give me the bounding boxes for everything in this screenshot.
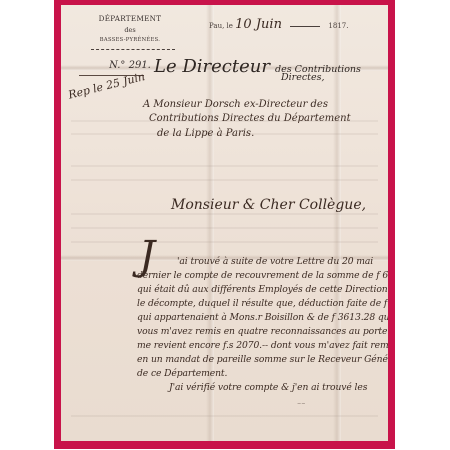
letterhead-region: BASSES-PYRÉNÉES. bbox=[83, 37, 177, 43]
bleed-through-line bbox=[71, 227, 378, 229]
body-line: qui appartenaient à Mons.r Boisillon & d… bbox=[137, 312, 388, 323]
body-line: dernier le compte de recouvrement de la … bbox=[137, 270, 388, 281]
bleed-through-line bbox=[71, 165, 378, 167]
title-main: Le Directeur bbox=[154, 56, 270, 77]
date-place: Pau, le bbox=[209, 22, 233, 30]
letterhead-department: DÉPARTEMENT bbox=[85, 14, 175, 23]
body-line: en un mandat de pareille somme sur le Re… bbox=[137, 354, 388, 365]
body-line: qui était dû aux différents Employés de … bbox=[137, 284, 388, 295]
address-line-2: Contributions Directes du Département bbox=[149, 113, 351, 124]
body-line: le décompte, duquel il résulte que, dédu… bbox=[137, 298, 388, 309]
bleed-through-line bbox=[71, 213, 378, 215]
body-line: J'ai vérifié votre compte & j'en ai trou… bbox=[169, 382, 367, 393]
salutation: Monsieur & Cher Collègue, bbox=[171, 197, 366, 213]
bleed-through-line bbox=[71, 415, 378, 417]
body-line: de ce Département. bbox=[137, 368, 227, 379]
bleed-through-line bbox=[71, 179, 378, 181]
sender-title: Le Directeur des Contributions bbox=[154, 56, 361, 77]
bleed-through-line bbox=[71, 241, 378, 243]
letterhead-des: des bbox=[85, 26, 175, 34]
stray-mark: ⁻⁻ bbox=[297, 401, 305, 410]
address-line-3: de la Lippe à Paris. bbox=[157, 128, 254, 139]
dateline: Pau, le 10 Juin 1817. bbox=[209, 17, 348, 32]
date-dash bbox=[290, 26, 320, 27]
title-line2: Directes, bbox=[281, 72, 324, 83]
address-line-1: A Monsieur Dorsch ex-Directeur des bbox=[143, 99, 328, 110]
body-line: vous m'avez remis en quatre reconnaissan… bbox=[137, 326, 388, 337]
date-day-month: 10 Juin bbox=[235, 17, 282, 32]
letter-paper: DÉPARTEMENT des BASSES-PYRÉNÉES. N.° 291… bbox=[61, 5, 388, 441]
body-line: me revient encore f.s 2070.-- dont vous … bbox=[137, 340, 388, 351]
body-line: 'ai trouvé à suite de votre Lettre du 20… bbox=[177, 256, 373, 267]
letterhead-divider bbox=[91, 49, 175, 50]
date-year: 1817. bbox=[328, 22, 348, 30]
